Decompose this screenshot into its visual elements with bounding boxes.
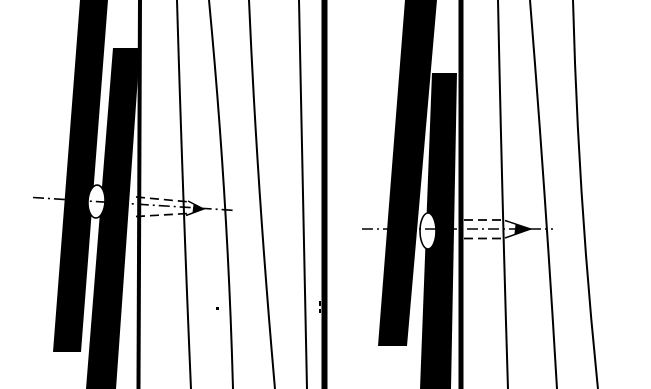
left-frame-projectile-body-line-2 xyxy=(136,214,188,217)
scan-speck-1 xyxy=(216,307,219,310)
diagram-canvas xyxy=(0,0,651,389)
right-frame-flow-line-1 xyxy=(498,0,508,389)
left-frame-flow-line-4 xyxy=(299,0,307,389)
scan-speck-2 xyxy=(319,301,321,306)
left-frame-flow-line-2 xyxy=(209,0,233,389)
scan-speck-3 xyxy=(319,309,321,313)
right-frame-flow-line-2 xyxy=(530,0,557,389)
right-frame-projectile-nose xyxy=(420,213,436,249)
left-frame-projectile-body-line-1 xyxy=(136,197,190,202)
left-frame-flow-line-1 xyxy=(177,0,191,389)
diagram-stage xyxy=(0,0,651,389)
right-frame-flow-line-3 xyxy=(573,0,598,389)
left-frame-trajectory-centerline xyxy=(33,198,236,211)
left-frame-flow-line-3 xyxy=(249,0,275,389)
